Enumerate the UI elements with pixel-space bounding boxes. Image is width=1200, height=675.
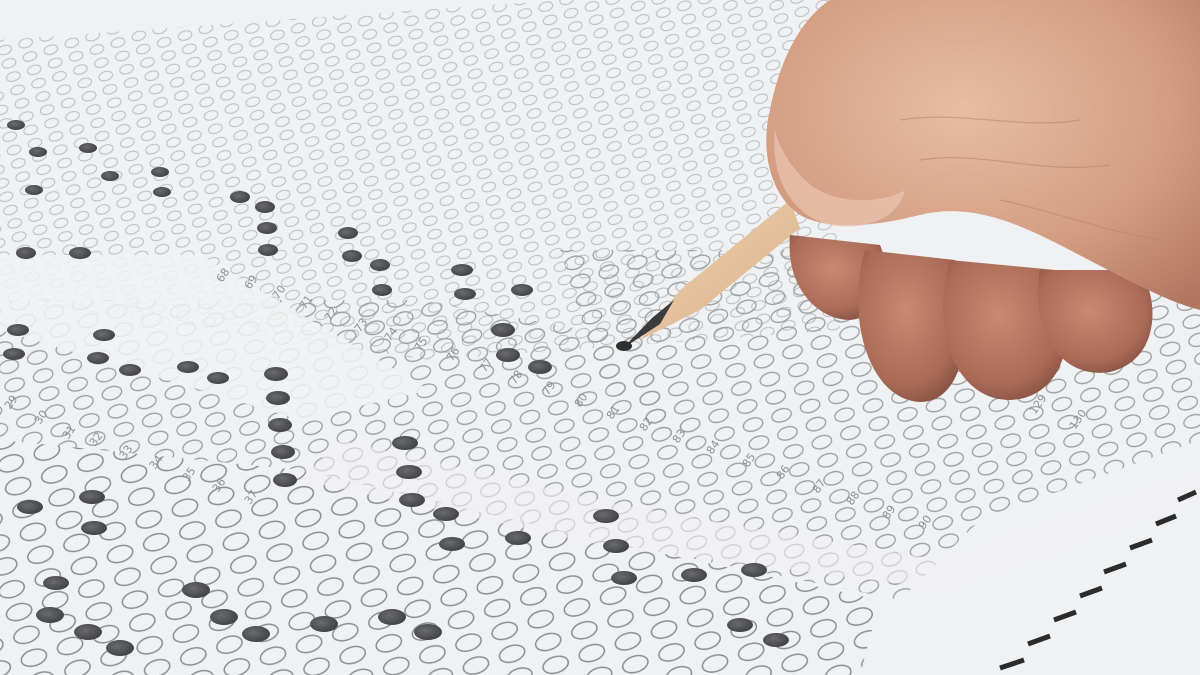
photo-scene: 29 30 31 32 33 34 35 36 37 68 69 70 71 7… xyxy=(0,0,1200,675)
answer-sheet: 29 30 31 32 33 34 35 36 37 68 69 70 71 7… xyxy=(0,0,1200,675)
